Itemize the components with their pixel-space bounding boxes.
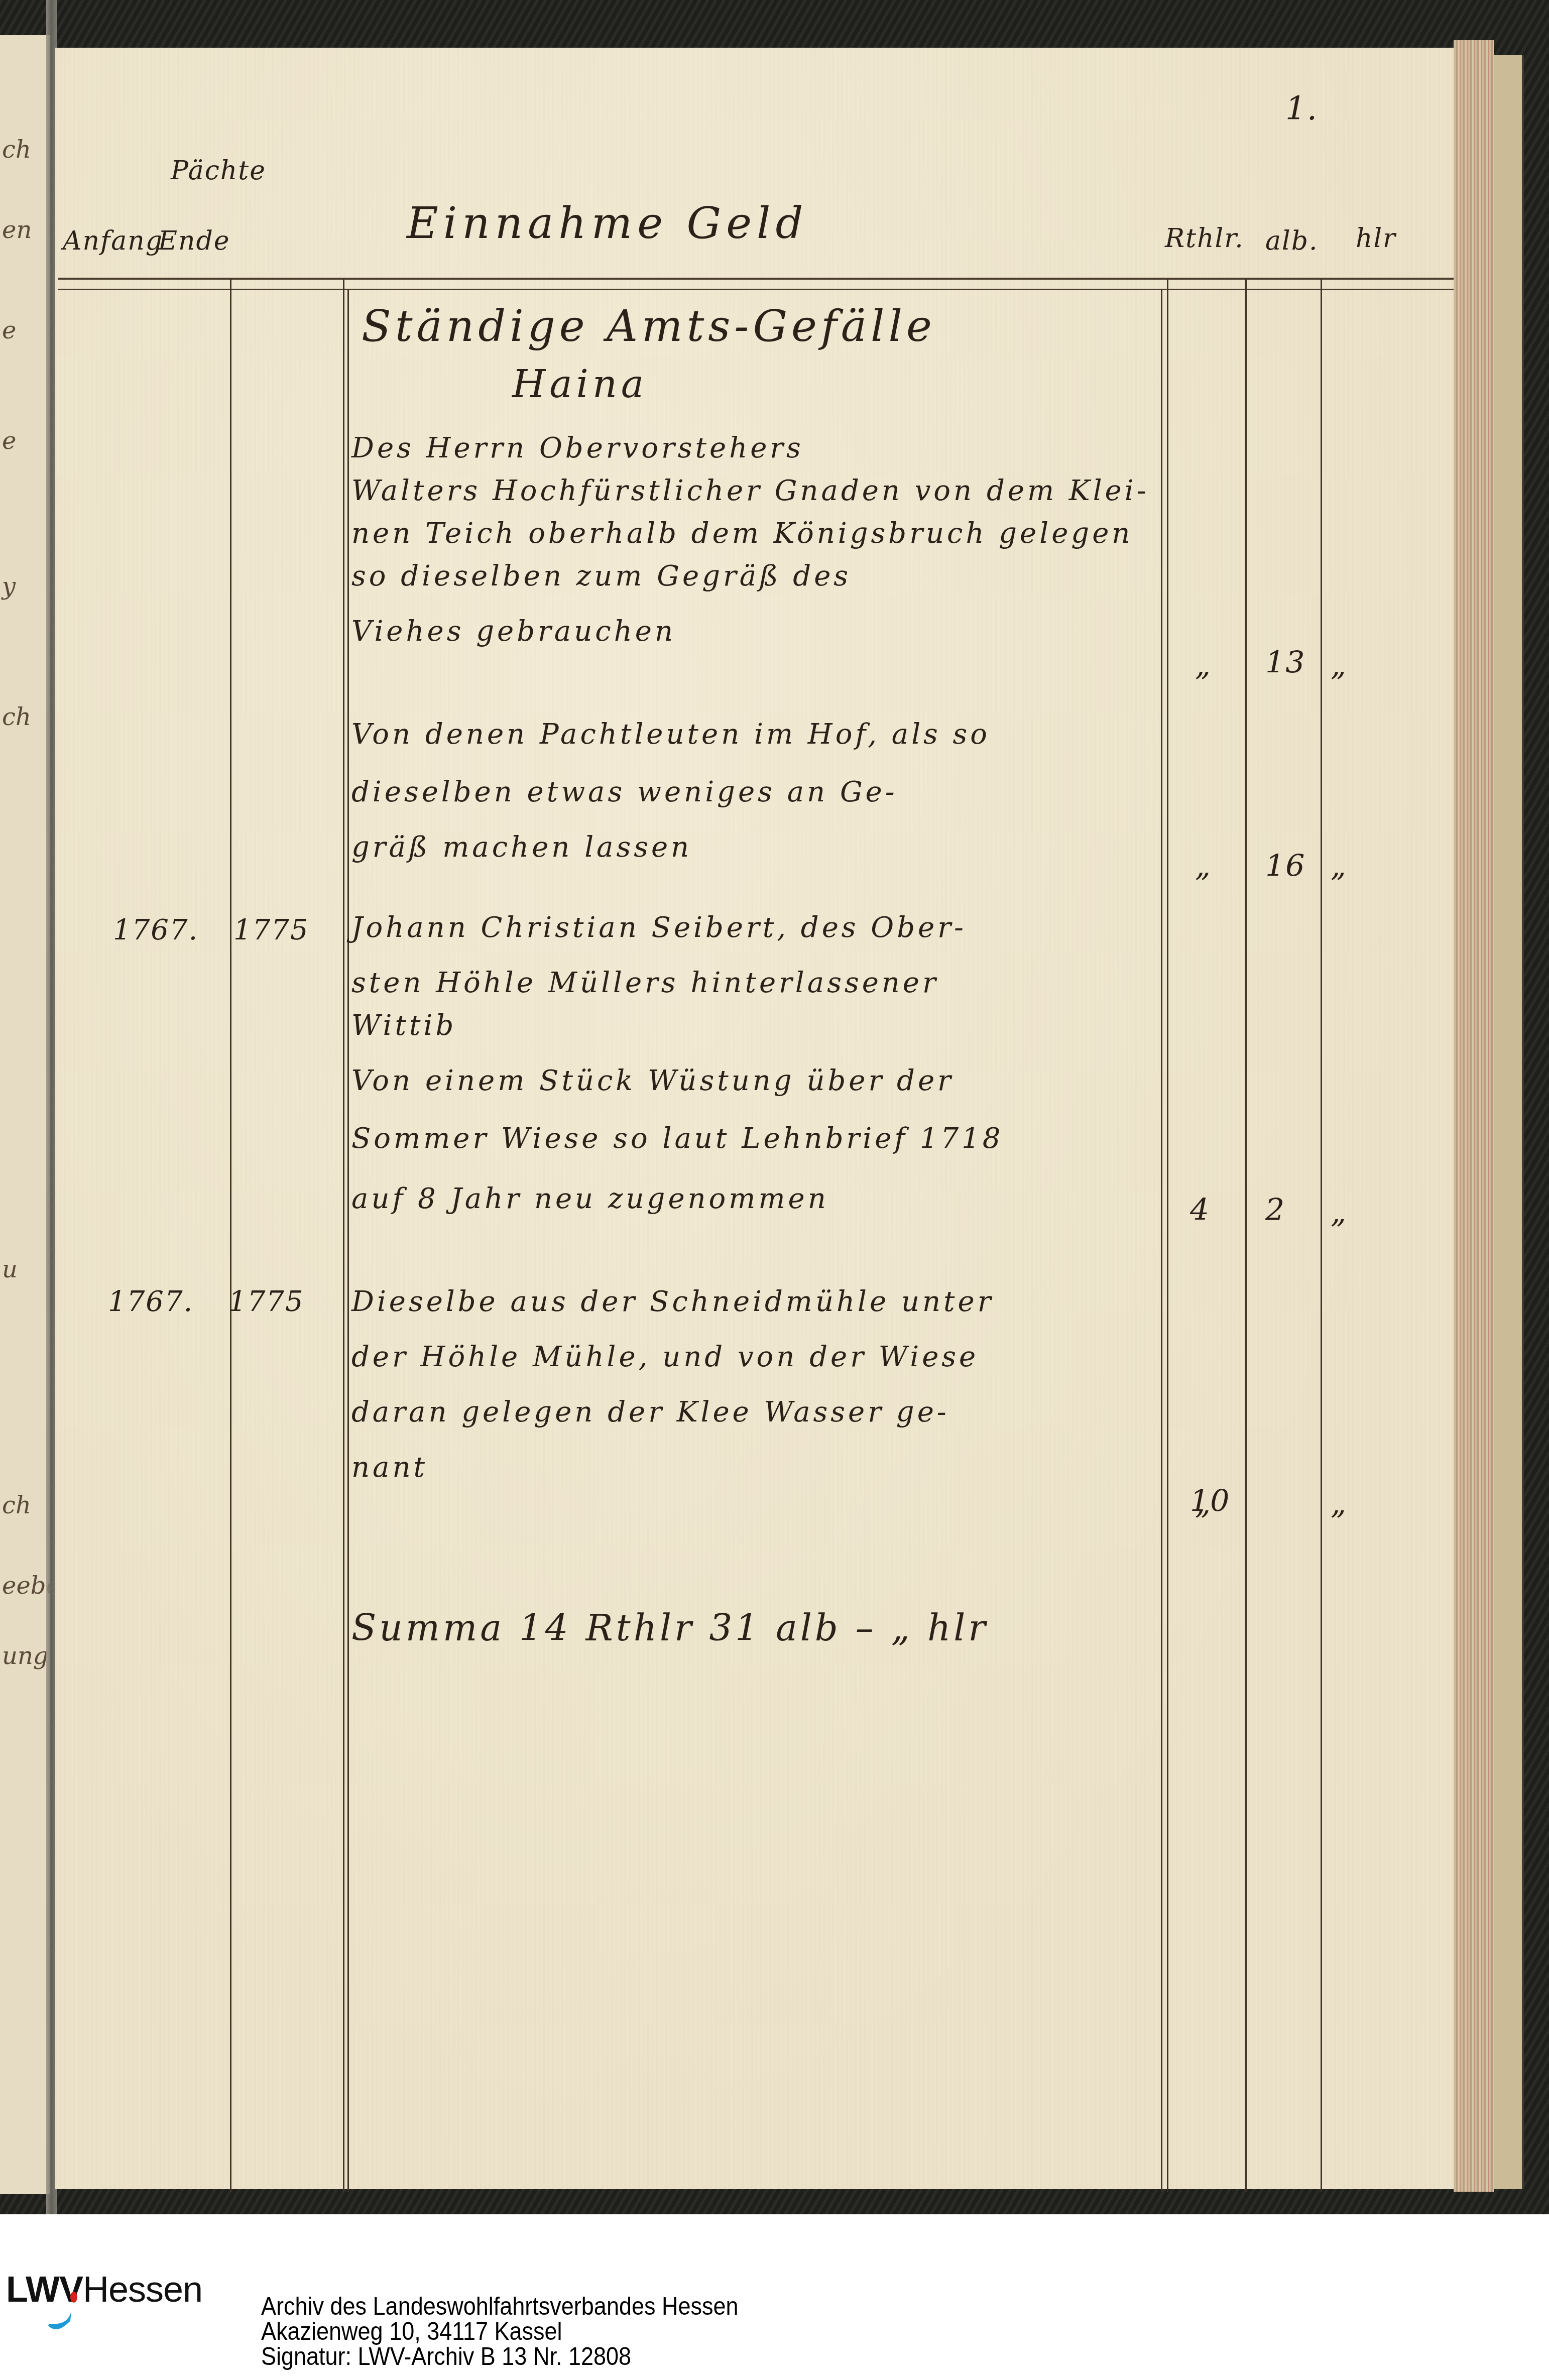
entry-line: Des Herrn Obervorstehers [351, 432, 804, 464]
entry-line: Von denen Pachtleuten im Hof, als so [351, 718, 990, 751]
rule-rthlr-alb [1245, 279, 1247, 2192]
facing-fragment: ch [2, 136, 31, 164]
logo-bold-part: LWV [6, 2270, 83, 2310]
facing-fragment: ch [2, 1491, 31, 1519]
entry-line: Walters Hochfürstlicher Gnaden von dem K… [351, 474, 1149, 507]
entry-line: daran gelegen der Klee Wasser ge- [351, 1396, 949, 1429]
header-einnahme-geld: Einnahme Geld [407, 198, 808, 249]
rule-text-left-a [343, 279, 344, 2192]
facing-fragment: e [2, 316, 16, 344]
book-cover-edge [1494, 55, 1524, 2189]
logo-red-dot-icon [70, 2292, 77, 2303]
entry-line: nant [351, 1451, 428, 1484]
entry-anfang: 1767. [113, 914, 198, 946]
amount-hlr: „ [1331, 1195, 1347, 1230]
facing-fragment: ung [2, 1642, 49, 1670]
amount-alb: 13 [1265, 645, 1305, 680]
section-heading: Ständige Amts-Gefälle [362, 301, 936, 351]
archive-signature: Signatur: LWV-Archiv B 13 Nr. 12808 [261, 2344, 739, 2369]
logo-smile-icon [46, 2306, 76, 2336]
rule-text-right-b [1167, 279, 1168, 2192]
amount-hlr: „ [1331, 1486, 1347, 1521]
lwv-hessen-logo: LWVHessen [6, 2270, 242, 2370]
archive-address: Akazienweg 10, 34117 Kassel [261, 2319, 739, 2344]
facing-fragment: ch [2, 703, 31, 731]
logo-wordmark: LWVHessen [6, 2270, 202, 2310]
page-block-edge [1454, 40, 1494, 2192]
amount-rthlr: „ [1195, 648, 1212, 683]
entry-ende: 1775 [228, 1285, 304, 1318]
entry-line: sten Höhle Müllers hinterlassener [351, 967, 939, 999]
summa-total: Summa 14 Rthlr 31 alb – „ hlr [351, 1607, 989, 1649]
logo-regular-part: Hessen [83, 2270, 202, 2310]
amount-hlr: „ [1331, 849, 1347, 884]
facing-fragment: e [2, 427, 16, 455]
amount-rthlr: 4 [1190, 1193, 1210, 1228]
entry-line: Wittib [351, 1009, 456, 1042]
facing-fragment: y [2, 572, 16, 601]
amount-hlr: „ [1331, 648, 1347, 683]
rule-alb-hlr [1321, 279, 1322, 2192]
entry-line: Sommer Wiese so laut Lehnbrief 1718 [351, 1122, 1003, 1155]
header-alb: alb. [1265, 226, 1318, 256]
entry-anfang: 1767. [108, 1285, 193, 1318]
entry-line: dieselben etwas weniges an Ge- [351, 776, 898, 808]
entry-line: so dieselben zum Gegräß des [351, 560, 851, 592]
entry-line: Dieselbe aus der Schneidmühle unter [351, 1285, 994, 1318]
header-hlr: hlr [1356, 223, 1396, 254]
header-ende: Ende [158, 226, 230, 256]
facing-fragment: en [2, 216, 32, 244]
facing-page-edge: ch en e e y ch u ch eeben ung [0, 35, 50, 2194]
facing-fragment: u [2, 1255, 18, 1283]
entry-line: Viehes gebrauchen [351, 615, 676, 648]
manuscript-scan: ch en e e y ch u ch eeben ung 1. Pächte … [0, 0, 1549, 2214]
header-paechte: Pächte [171, 156, 266, 186]
entry-ende: 1775 [233, 914, 309, 946]
header-rule-top [58, 278, 1454, 280]
header-rule-bottom [58, 289, 1454, 290]
entry-line: Johann Christian Seibert, des Ober- [351, 911, 967, 944]
amount-alb: 16 [1265, 849, 1305, 884]
amount-alb: 2 [1265, 1193, 1285, 1228]
header-rthlr: Rthlr. [1165, 223, 1244, 254]
folio-number: 1. [1285, 90, 1318, 128]
rule-text-left-b [347, 289, 349, 2192]
place-heading: Haina [512, 362, 648, 406]
amount-rthlr: „ [1195, 849, 1212, 884]
entry-line: gräß machen lassen [351, 831, 692, 864]
header-anfang: Anfang [63, 226, 163, 256]
entry-line: auf 8 Jahr neu zugenommen [351, 1182, 829, 1215]
archive-info: Archiv des Landeswohlfahrtsverbandes Hes… [261, 2294, 791, 2369]
amount-alb: 10 [1190, 1484, 1230, 1519]
archive-footer: LWVHessen Archiv des Landeswohlfahrtsver… [0, 2214, 1549, 2380]
rule-text-right-a [1161, 289, 1162, 2192]
rule-anfang-ende [230, 279, 231, 2192]
entry-line: nen Teich oberhalb dem Königsbruch geleg… [351, 517, 1133, 550]
entry-line: der Höhle Mühle, und von der Wiese [351, 1341, 979, 1373]
archive-name: Archiv des Landeswohlfahrtsverbandes Hes… [261, 2294, 739, 2319]
entry-line: Von einem Stück Wüstung über der [351, 1064, 954, 1097]
